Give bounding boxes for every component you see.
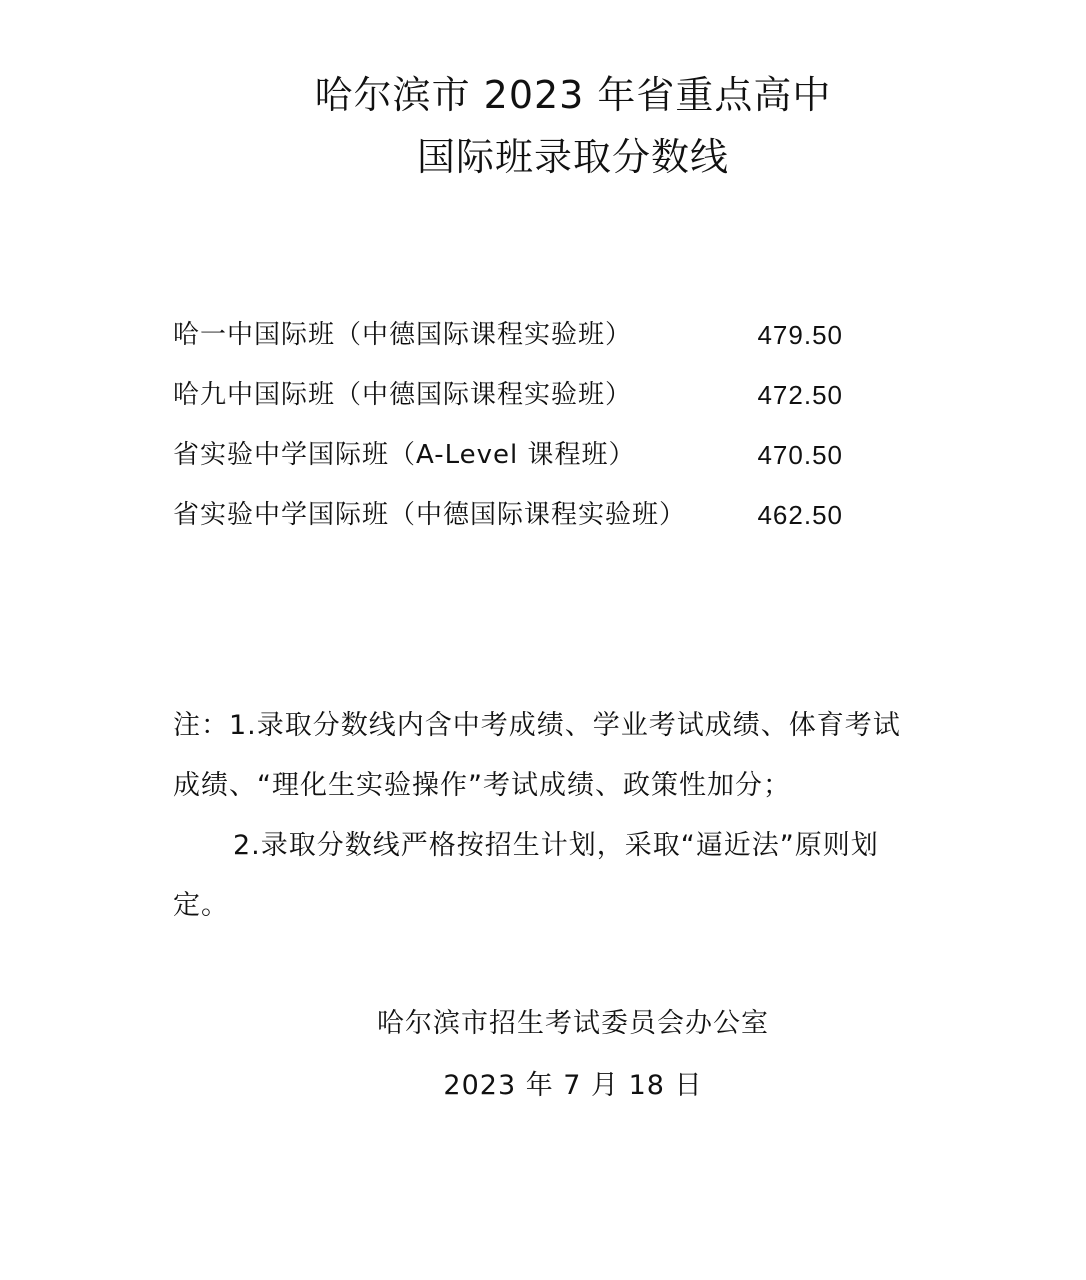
note-line-2: 成绩、“理化生实验操作”考试成绩、政策性加分； — [173, 756, 973, 816]
class-name: 哈九中国际班（中德国际课程实验班） — [173, 377, 632, 413]
title-line-1: 哈尔滨市 2023 年省重点高中 — [0, 72, 1086, 118]
score-value: 472.50 — [757, 377, 843, 413]
class-name: 省实验中学国际班（中德国际课程实验班） — [173, 497, 686, 533]
score-row: 省实验中学国际班（中德国际课程实验班） 462.50 — [173, 497, 843, 533]
score-value: 470.50 — [757, 437, 843, 473]
issue-date: 2023 年 7 月 18 日 — [0, 1066, 1086, 1106]
title-line-2: 国际班录取分数线 — [0, 134, 1086, 180]
class-name: 省实验中学国际班（A-Level 课程班） — [173, 437, 636, 473]
score-row: 哈九中国际班（中德国际课程实验班） 472.50 — [173, 377, 843, 413]
note-line-1: 注：1.录取分数线内含中考成绩、学业考试成绩、体育考试 — [173, 696, 973, 756]
note-line-4: 定。 — [173, 876, 973, 936]
class-name: 哈一中国际班（中德国际课程实验班） — [173, 317, 632, 353]
score-row: 省实验中学国际班（A-Level 课程班） 470.50 — [173, 437, 843, 473]
score-row: 哈一中国际班（中德国际课程实验班） 479.50 — [173, 317, 843, 353]
issuing-organization: 哈尔滨市招生考试委员会办公室 — [0, 1004, 1086, 1044]
note-line-3: 2.录取分数线严格按招生计划，采取“逼近法”原则划 — [233, 816, 1033, 876]
score-value: 479.50 — [757, 317, 843, 353]
score-value: 462.50 — [757, 497, 843, 533]
